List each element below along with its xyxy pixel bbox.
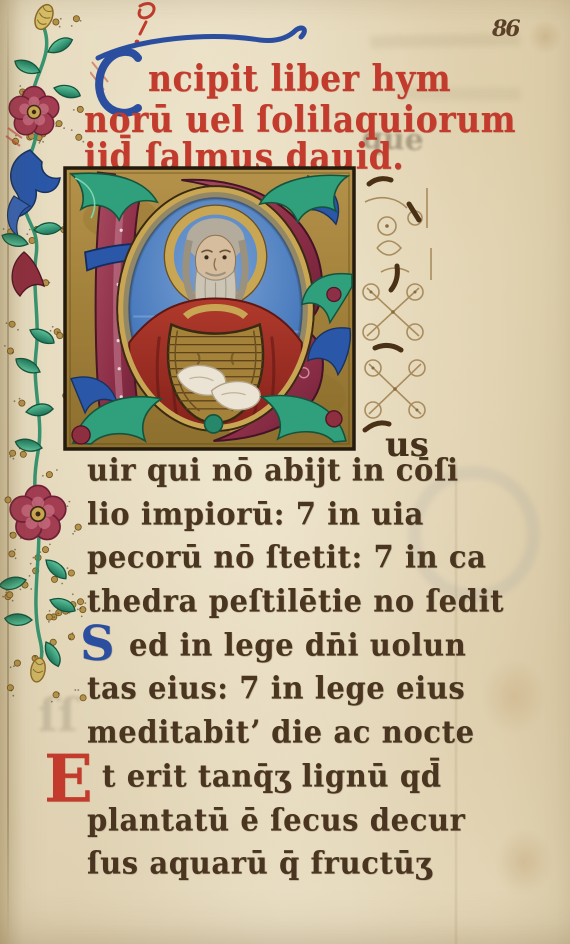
border-flower-lower <box>10 485 66 539</box>
text-line: t erit tanq̄ʒ lignū qd̄ <box>87 758 504 804</box>
rubric-line-1: ncipit liber hym <box>148 57 451 100</box>
text-line: ed in lege dn̄i uolun <box>87 627 504 673</box>
illuminated-initial-b-miniature: King David holding a psaltery within an … <box>63 166 356 451</box>
border-end-bud <box>29 657 47 683</box>
manuscript-page: que ſſ 86 <box>0 0 570 944</box>
versal-initial-s: S <box>80 616 115 672</box>
border-flower-upper <box>9 87 59 135</box>
border-top-bud <box>31 2 56 32</box>
text-line: pecorū nō ſtetit: 7 in ca <box>87 539 504 585</box>
text-line: uir qui nō abijt in cōſi <box>87 452 504 498</box>
psalm-text-block: uir qui nō abijt in cōſi lio impiorū: 7 … <box>87 452 504 889</box>
text-line: meditabitʼ die ac nocte <box>87 714 504 760</box>
text-line: ſus aquarū q̄ fructūʒ <box>87 845 504 891</box>
text-line: plantatū ē ſecus decur <box>87 802 504 848</box>
versal-initial-e: E <box>44 741 93 818</box>
red-flourish-icon <box>139 4 154 34</box>
text-line: thedra peſtilētie no ſedit <box>87 583 504 629</box>
text-line: tas eius: 7 in lege eius <box>87 670 504 716</box>
border-crimson-leaf <box>12 252 44 296</box>
penwork-column: us <box>357 168 449 464</box>
foxing-stain <box>526 18 564 56</box>
text-line: lio impiorū: 7 in uia <box>87 496 504 542</box>
folio-number: 86 <box>492 16 519 42</box>
